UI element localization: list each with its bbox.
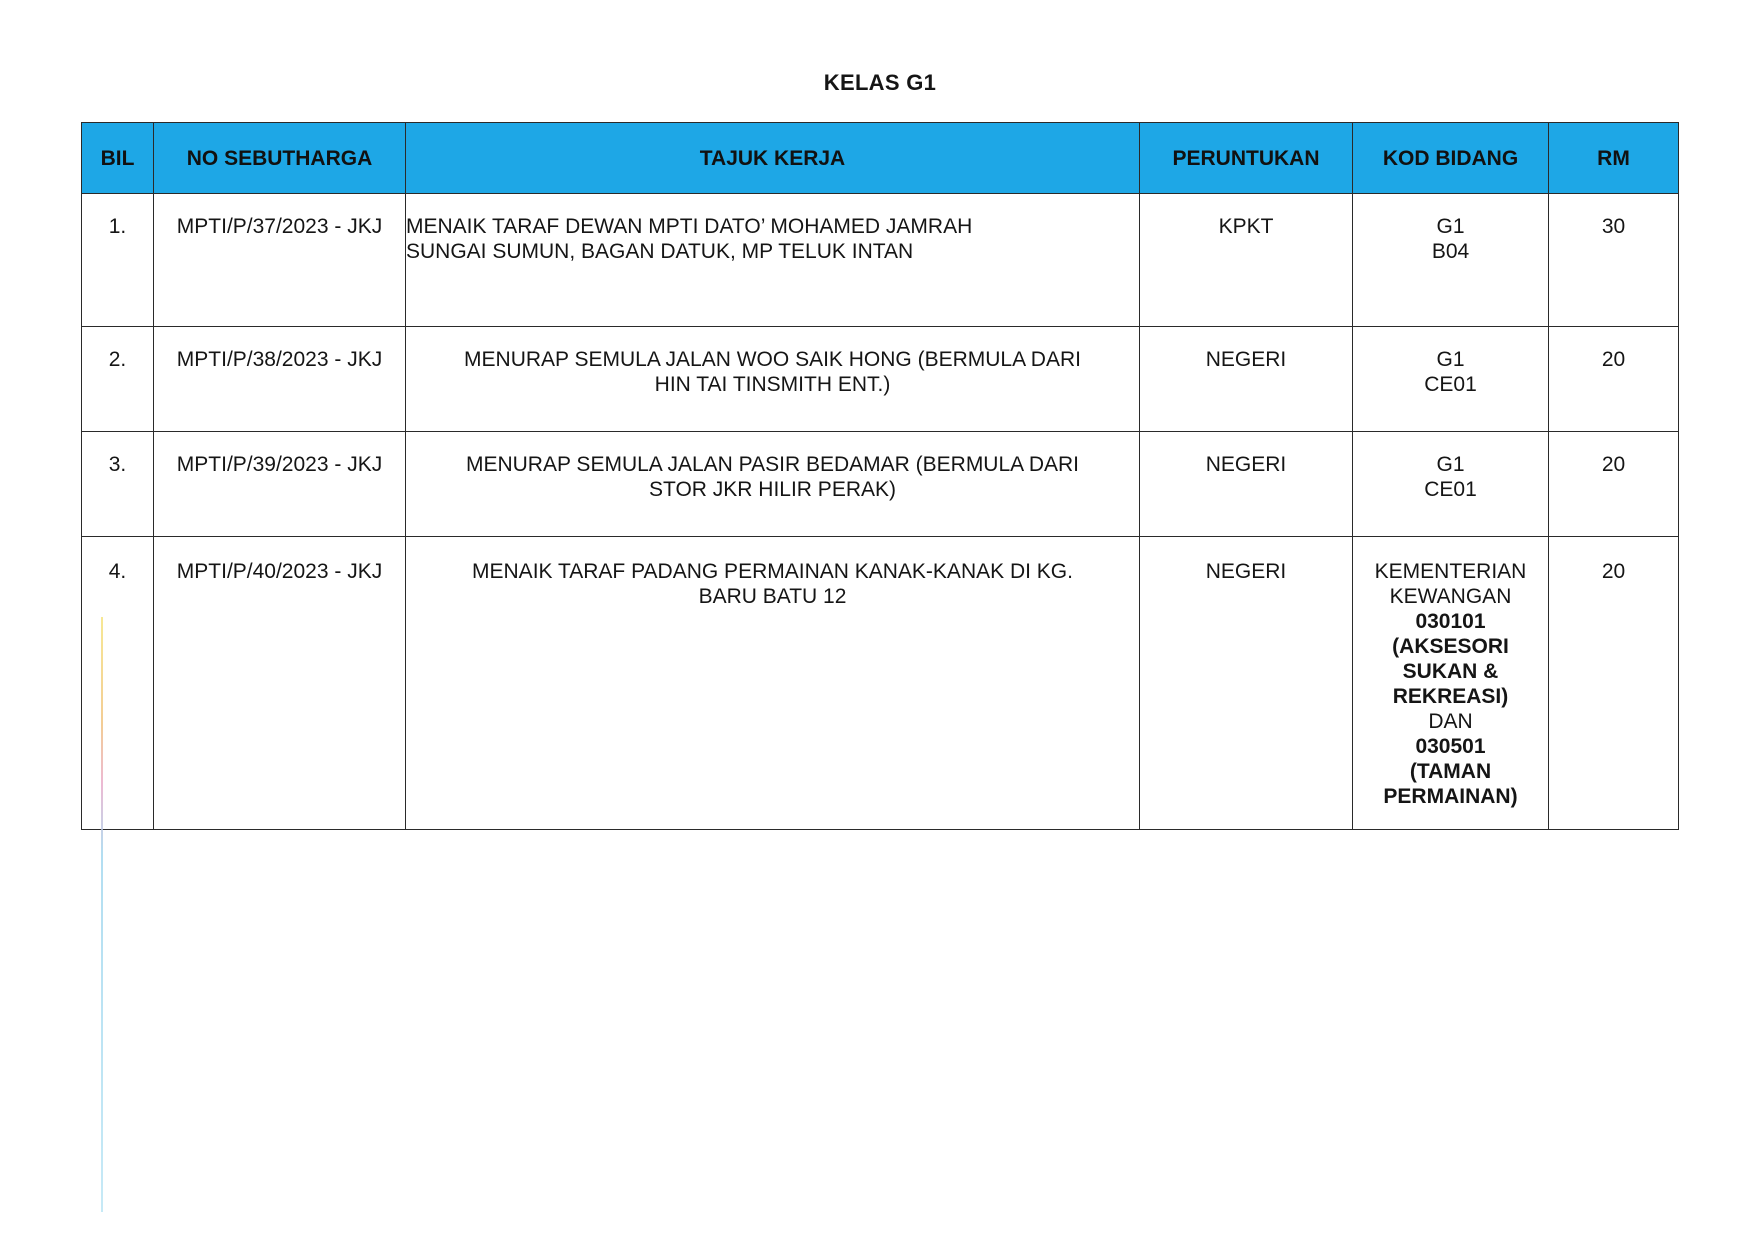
kod-line: G1	[1353, 347, 1548, 372]
cell-no-sebutharga: MPTI/P/39/2023 - JKJ	[154, 432, 406, 537]
kod-line: CE01	[1353, 372, 1548, 397]
tajuk-line: MENURAP SEMULA JALAN WOO SAIK HONG (BERM…	[406, 347, 1139, 372]
kod-line: REKREASI)	[1353, 684, 1548, 709]
tajuk-line: MENAIK TARAF DEWAN MPTI DATO’ MOHAMED JA…	[406, 214, 1139, 239]
cell-peruntukan: KPKT	[1140, 194, 1353, 327]
cell-bil: 1.	[82, 194, 154, 327]
cell-rm: 30	[1549, 194, 1679, 327]
cell-tajuk-kerja: MENAIK TARAF PADANG PERMAINAN KANAK-KANA…	[406, 537, 1140, 830]
cell-peruntukan: NEGERI	[1140, 327, 1353, 432]
kod-line: KEWANGAN	[1353, 584, 1548, 609]
cell-bil: 3.	[82, 432, 154, 537]
kod-line: G1	[1353, 214, 1548, 239]
header-bil: BIL	[82, 123, 154, 194]
kod-line: PERMAINAN)	[1353, 784, 1548, 809]
cell-kod-bidang: KEMENTERIAN KEWANGAN 030101 (AKSESORI SU…	[1353, 537, 1549, 830]
kod-line: KEMENTERIAN	[1353, 559, 1548, 584]
header-tajuk-kerja: TAJUK KERJA	[406, 123, 1140, 194]
cell-kod-bidang: G1 B04	[1353, 194, 1549, 327]
header-rm: RM	[1549, 123, 1679, 194]
header-no-sebutharga: NO SEBUTHARGA	[154, 123, 406, 194]
cell-rm: 20	[1549, 432, 1679, 537]
kod-line: SUKAN &	[1353, 659, 1548, 684]
cell-bil: 4.	[82, 537, 154, 830]
cell-tajuk-kerja: MENAIK TARAF DEWAN MPTI DATO’ MOHAMED JA…	[406, 194, 1140, 327]
cell-bil: 2.	[82, 327, 154, 432]
kod-line: G1	[1353, 452, 1548, 477]
tender-table: BIL NO SEBUTHARGA TAJUK KERJA PERUNTUKAN…	[81, 122, 1679, 830]
cell-rm: 20	[1549, 327, 1679, 432]
table-row: 3. MPTI/P/39/2023 - JKJ MENURAP SEMULA J…	[82, 432, 1679, 537]
cell-no-sebutharga: MPTI/P/37/2023 - JKJ	[154, 194, 406, 327]
table-header-row: BIL NO SEBUTHARGA TAJUK KERJA PERUNTUKAN…	[82, 123, 1679, 194]
cell-peruntukan: NEGERI	[1140, 537, 1353, 830]
header-peruntukan: PERUNTUKAN	[1140, 123, 1353, 194]
kod-line: 030101	[1353, 609, 1548, 634]
cell-rm: 20	[1549, 537, 1679, 830]
kod-line: (AKSESORI	[1353, 634, 1548, 659]
tajuk-line: HIN TAI TINSMITH ENT.)	[406, 372, 1139, 397]
kod-line: CE01	[1353, 477, 1548, 502]
table-row: 4. MPTI/P/40/2023 - JKJ MENAIK TARAF PAD…	[82, 537, 1679, 830]
cell-tajuk-kerja: MENURAP SEMULA JALAN WOO SAIK HONG (BERM…	[406, 327, 1140, 432]
scanner-artifact-line	[101, 617, 103, 1212]
tajuk-line: SUNGAI SUMUN, BAGAN DATUK, MP TELUK INTA…	[406, 239, 1139, 264]
kod-line: B04	[1353, 239, 1548, 264]
header-kod-bidang: KOD BIDANG	[1353, 123, 1549, 194]
tajuk-line: STOR JKR HILIR PERAK)	[406, 477, 1139, 502]
cell-kod-bidang: G1 CE01	[1353, 432, 1549, 537]
cell-peruntukan: NEGERI	[1140, 432, 1353, 537]
table-row: 2. MPTI/P/38/2023 - JKJ MENURAP SEMULA J…	[82, 327, 1679, 432]
cell-no-sebutharga: MPTI/P/40/2023 - JKJ	[154, 537, 406, 830]
document-title: KELAS G1	[0, 70, 1755, 96]
kod-line: DAN	[1353, 709, 1548, 734]
tajuk-line: BARU BATU 12	[406, 584, 1139, 609]
cell-tajuk-kerja: MENURAP SEMULA JALAN PASIR BEDAMAR (BERM…	[406, 432, 1140, 537]
cell-no-sebutharga: MPTI/P/38/2023 - JKJ	[154, 327, 406, 432]
kod-line: (TAMAN	[1353, 759, 1548, 784]
kod-line: 030501	[1353, 734, 1548, 759]
tajuk-line: MENAIK TARAF PADANG PERMAINAN KANAK-KANA…	[406, 559, 1139, 584]
table-row: 1. MPTI/P/37/2023 - JKJ MENAIK TARAF DEW…	[82, 194, 1679, 327]
cell-kod-bidang: G1 CE01	[1353, 327, 1549, 432]
tajuk-line: MENURAP SEMULA JALAN PASIR BEDAMAR (BERM…	[406, 452, 1139, 477]
